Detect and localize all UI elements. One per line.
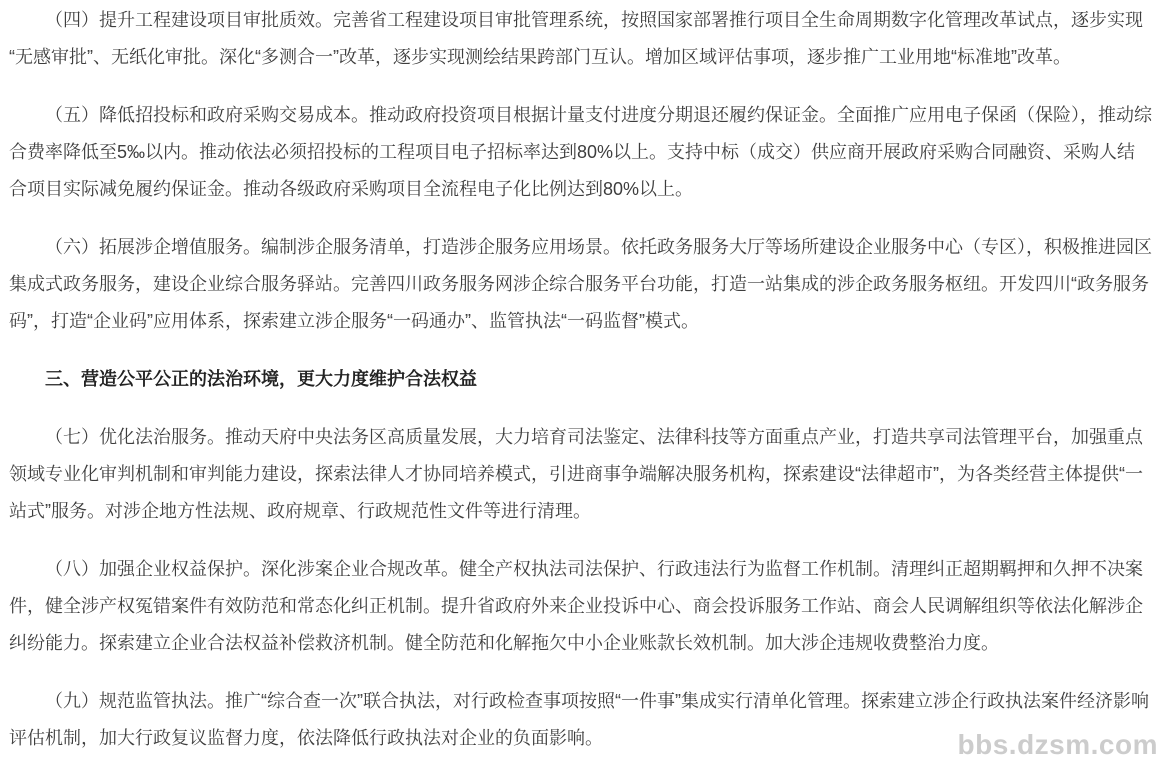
document-page: { "document": { "paragraphs_before": [ "… [0,0,1161,761]
policy-paragraph-item-7: （七）优化法治服务。推动天府中央法务区高质量发展，大力培育司法鉴定、法律科技等方… [9,419,1152,530]
policy-document-body: （四）提升工程建设项目审批质效。完善省工程建设项目审批管理系统，按照国家部署推行… [0,0,1161,757]
policy-paragraph-item-6: （六）拓展涉企增值服务。编制涉企服务清单，打造涉企服务应用场景。依托政务服务大厅… [9,229,1152,340]
section-heading-3: 三、营造公平公正的法治环境，更大力度维护合法权益 [9,361,1152,398]
site-watermark: bbs.dzsm.com [958,729,1158,761]
policy-paragraph-item-4: （四）提升工程建设项目审批质效。完善省工程建设项目审批管理系统，按照国家部署推行… [9,2,1152,76]
policy-paragraph-item-8: （八）加强企业权益保护。深化涉案企业合规改革。健全产权执法司法保护、行政违法行为… [9,551,1152,662]
policy-paragraph-item-5: （五）降低招投标和政府采购交易成本。推动政府投资项目根据计量支付进度分期退还履约… [9,97,1152,208]
